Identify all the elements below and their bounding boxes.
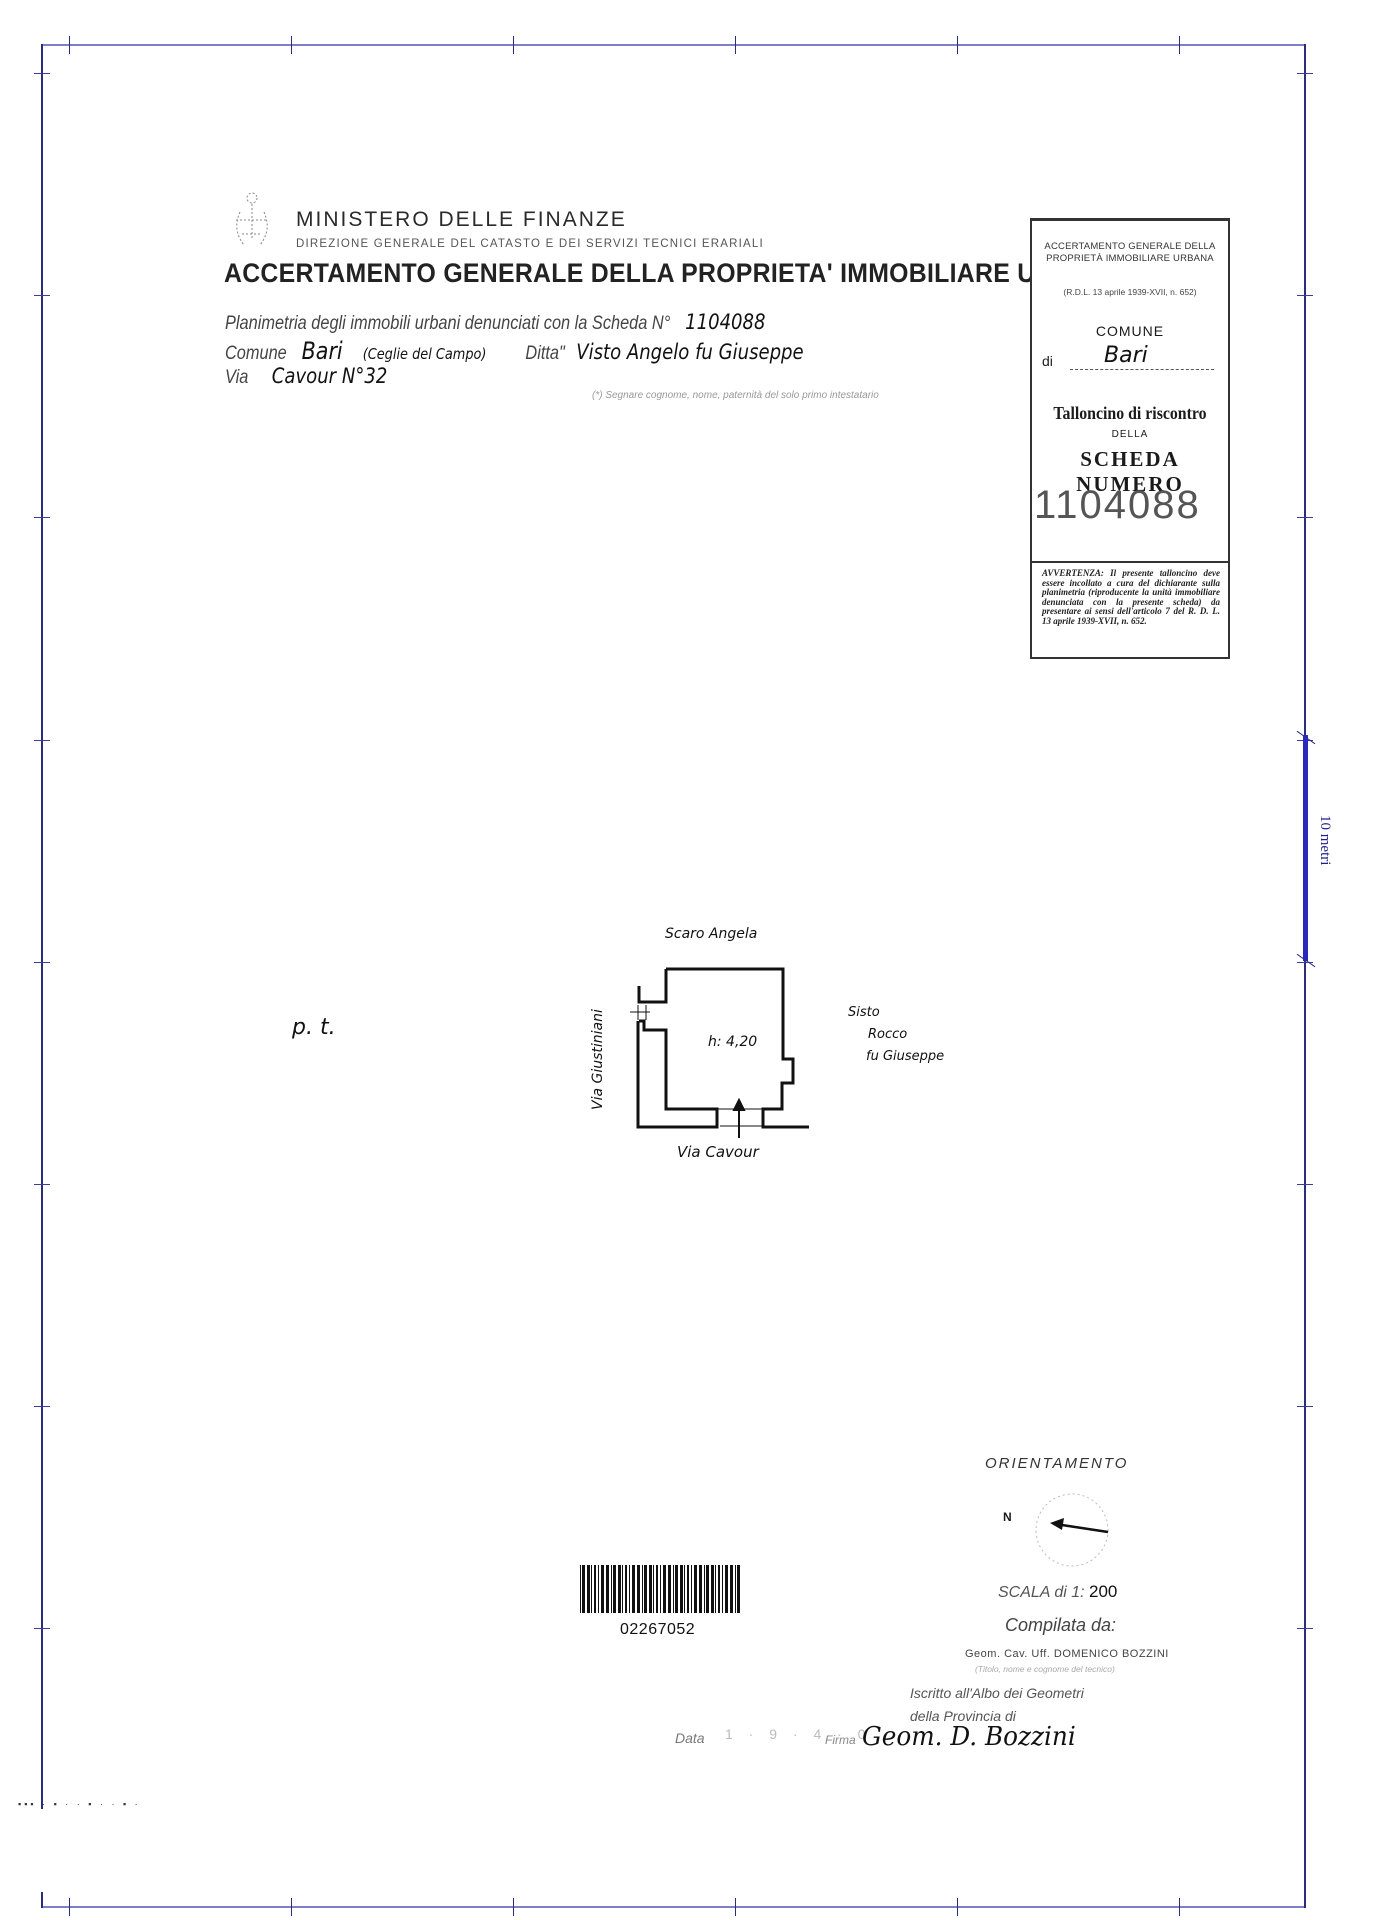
frame-tick <box>1297 1406 1313 1407</box>
north-arrow-icon <box>1020 1480 1120 1580</box>
frame-left-bottom <box>41 1892 43 1908</box>
form-line-scheda: Planimetria degli immobili urbani denunc… <box>225 310 766 335</box>
frame-tick <box>34 740 50 741</box>
signature-label: Firma <box>825 1733 856 1747</box>
comune-label: Comune <box>225 343 287 364</box>
directorate-name: DIREZIONE GENERALE DEL CATASTO E DEI SER… <box>296 238 764 250</box>
frame-top <box>41 44 1306 46</box>
compiler-name: Geom. Cav. Uff. DOMENICO BOZZINI <box>965 1648 1169 1660</box>
stamp-comune-field: Bari <box>1104 343 1148 368</box>
frame-tick <box>34 1406 50 1407</box>
frame-tick <box>735 1898 736 1916</box>
scale-text: SCALA di 1: 200 <box>998 1582 1117 1602</box>
frame-tick <box>513 36 514 54</box>
ditta-label: Ditta" <box>525 343 564 364</box>
stamp-di-line <box>1070 369 1214 370</box>
barcode-icon <box>578 1563 740 1615</box>
frame-tick <box>1179 36 1180 54</box>
frame-tick <box>1179 1898 1180 1916</box>
frame-left <box>41 44 43 1809</box>
floor-label: p. t. <box>292 1015 336 1040</box>
frame-tick <box>34 73 50 74</box>
room-height-label: h: 4,20 <box>708 1034 757 1050</box>
stamp-heading-line2: PROPRIETÀ IMMOBILIARE URBANA <box>1032 253 1228 265</box>
south-street-label: Via Cavour <box>677 1143 759 1161</box>
stamp-divider <box>1032 561 1228 563</box>
frame-tick <box>34 962 50 963</box>
frame-tick <box>34 295 50 296</box>
frame-tick <box>34 517 50 518</box>
north-neighbor-label: Scaro Angela <box>665 926 757 942</box>
stamp-di-label: di <box>1042 353 1053 369</box>
frame-tick <box>1297 73 1313 74</box>
scale-bar-10m <box>1303 735 1308 961</box>
comune-note: (Ceglie del Campo) <box>363 345 487 363</box>
scheda-number-field: 1104088 <box>685 310 765 334</box>
frame-tick <box>69 1898 70 1916</box>
east-neighbor-line3: fu Giuseppe <box>866 1049 944 1064</box>
talloncino-stamp: ACCERTAMENTO GENERALE DELLA PROPRIETÀ IM… <box>1030 218 1230 659</box>
form-footnote: (*) Segnare cognome, nome, paternità del… <box>592 390 879 401</box>
barcode-number: 02267052 <box>620 1621 695 1639</box>
ditta-field: Visto Angelo fu Giuseppe <box>576 340 803 364</box>
stamp-decree: (R.D.L. 13 aprile 1939-XVII, n. 652) <box>1032 287 1228 297</box>
stamp-warning: AVVERTENZA: Il presente talloncino deve … <box>1042 569 1220 627</box>
state-emblem-icon <box>222 190 278 252</box>
frame-tick <box>34 1628 50 1629</box>
compiled-by-label: Compilata da: <box>1005 1615 1116 1636</box>
frame-tick <box>69 36 70 54</box>
albo-label: Iscritto all'Albo dei Geometri <box>910 1685 1084 1701</box>
frame-tick <box>957 36 958 54</box>
scheda-label: Planimetria degli immobili urbani denunc… <box>225 313 670 334</box>
scale-label: 10 metri <box>1316 815 1333 865</box>
frame-tick <box>1297 1628 1313 1629</box>
comune-field: Bari <box>302 337 343 365</box>
frame-tick <box>735 36 736 54</box>
east-neighbor-line2: Rocco <box>868 1027 907 1042</box>
orientation-title: ORIENTAMENTO <box>985 1455 1128 1472</box>
stamp-comune-label: COMUNE <box>1032 323 1228 339</box>
signature: Geom. D. Bozzini <box>862 1722 1076 1752</box>
document-title: ACCERTAMENTO GENERALE DELLA PROPRIETA' I… <box>224 258 1127 289</box>
form-line-via: Via Cavour N°32 <box>225 364 387 389</box>
frame-tick <box>957 1898 958 1916</box>
form-line-comune: Comune Bari (Ceglie del Campo) Ditta" Vi… <box>225 337 804 365</box>
scale-label-text: SCALA di 1: <box>998 1584 1085 1601</box>
frame-tick <box>513 1898 514 1916</box>
ministry-name: MINISTERO DELLE FINANZE <box>296 208 627 232</box>
scale-value: 200 <box>1089 1582 1117 1601</box>
compiler-name-note: (Titolo, nome e cognome del tecnico) <box>975 1664 1115 1674</box>
via-field: Cavour N°32 <box>272 364 388 388</box>
scan-artifact: ▪▪▪ · ▪ · · ▪ · · ▪ · <box>18 1799 141 1809</box>
via-label: Via <box>225 367 248 388</box>
east-neighbor-line1: Sisto <box>848 1005 880 1020</box>
frame-tick <box>1297 517 1313 518</box>
stamp-heading: ACCERTAMENTO GENERALE DELLA PROPRIETÀ IM… <box>1032 241 1228 265</box>
frame-tick <box>291 1898 292 1916</box>
stamp-talloncino-label: Talloncino di riscontro <box>1044 403 1216 424</box>
frame-tick <box>34 1184 50 1185</box>
north-label: N <box>1003 1510 1012 1524</box>
west-street-label: Via Giustiniani <box>590 1009 606 1110</box>
date-label: Data <box>675 1730 705 1746</box>
stamp-della-label: DELLA <box>1032 429 1228 440</box>
frame-tick <box>291 36 292 54</box>
frame-bottom <box>41 1906 1306 1908</box>
frame-tick <box>1297 1184 1313 1185</box>
stamp-scheda-number: 1104088 <box>1034 483 1201 528</box>
stamp-heading-line1: ACCERTAMENTO GENERALE DELLA <box>1032 241 1228 253</box>
frame-tick <box>1297 295 1313 296</box>
floor-plan-drawing <box>560 920 980 1170</box>
